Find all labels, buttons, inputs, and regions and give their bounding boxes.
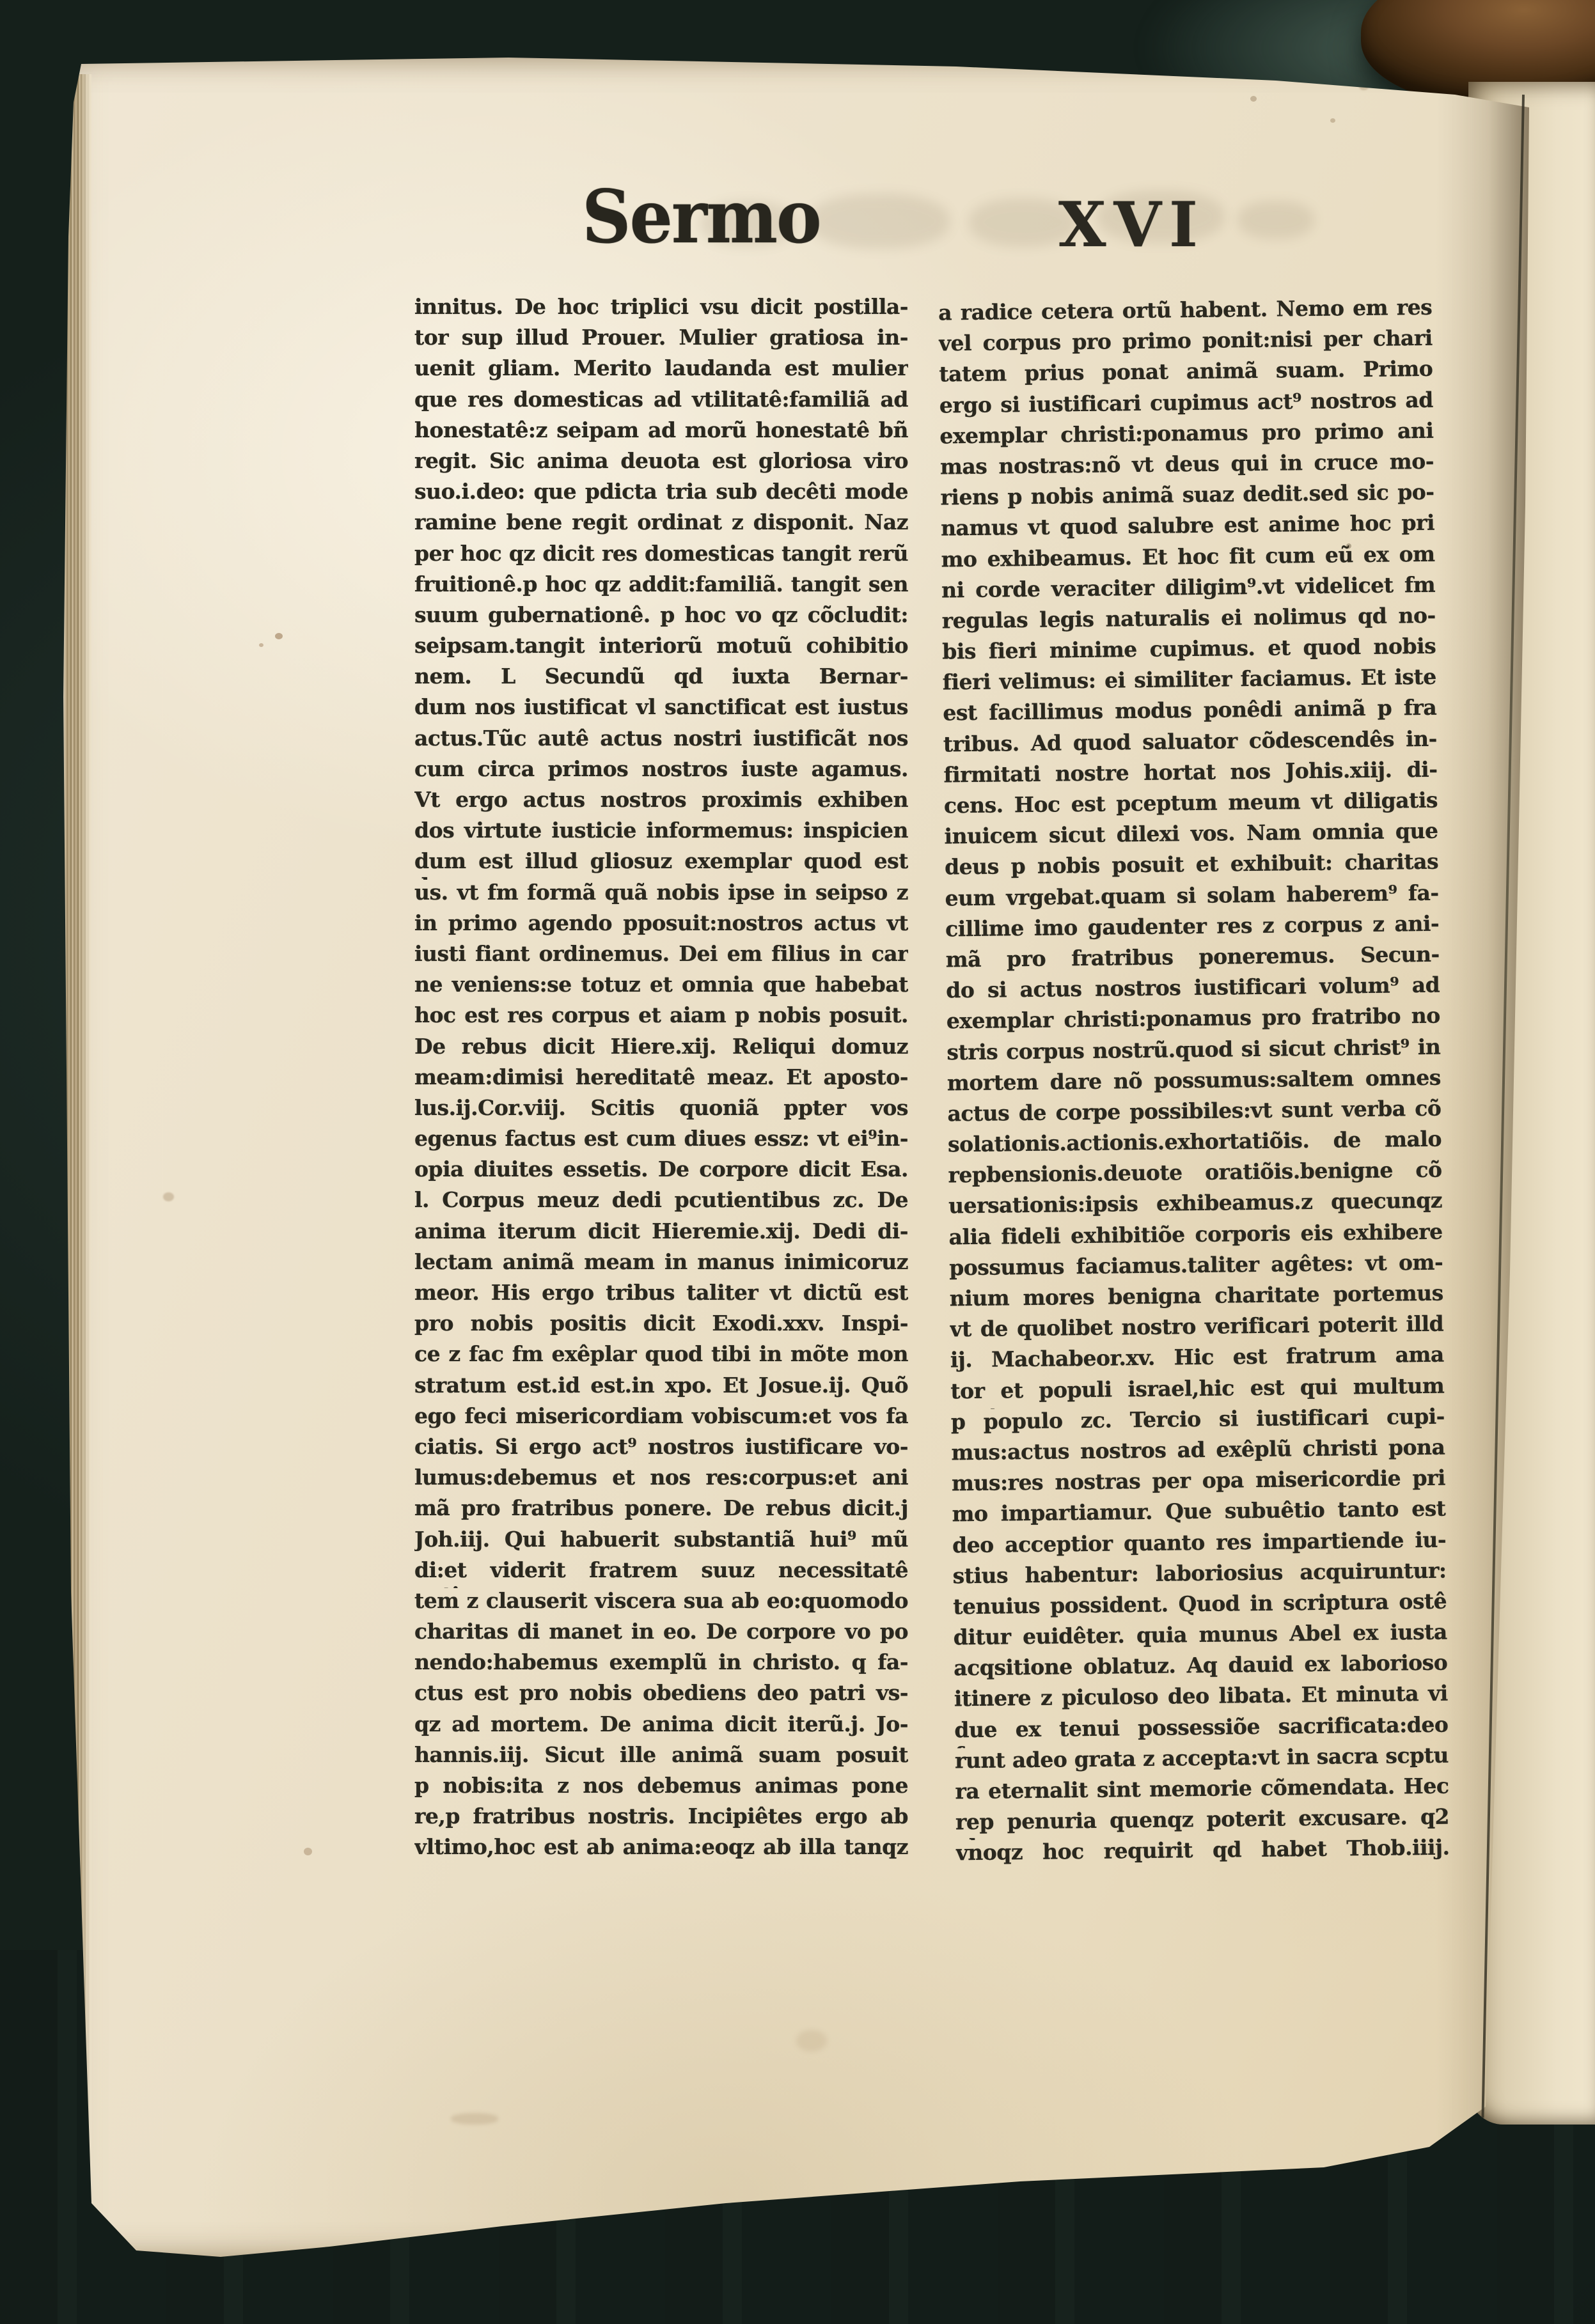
text-line: cens. Hoc est pceptum meum vt diligatis (944, 788, 1438, 824)
text-line: qz ad mortem. De anima dicit iterũ.j. Jo… (414, 1712, 908, 1742)
book-page: Sermo XVI innitus. De hoc triplici vsu d… (61, 58, 1532, 2260)
text-line: que res domesticas ad vtilitatê:familiã … (414, 387, 908, 417)
stain-spot (304, 1848, 312, 1855)
text-line: tenuius possident. Quod in scriptura ost… (953, 1588, 1447, 1625)
text-line: fieri velimus: ei similiter faciamus. Et… (943, 664, 1436, 701)
text-line: ramine bene regit ordinat z disponit. Na… (414, 510, 908, 540)
text-line: uenit gliam. Merito laudanda est mulier (414, 355, 908, 386)
text-line: vt de quolibet nostro verificari poterit… (950, 1311, 1443, 1348)
text-line: meor. His ergo tribus taliter vt dictũ e… (414, 1280, 908, 1311)
running-title: Sermo (582, 180, 821, 253)
text-line: regit. Sic anima deuota est gloriosa vir… (414, 448, 908, 479)
text-line: rep penuria quenqz poterit excusare. q2 … (955, 1804, 1449, 1841)
text-line: suo.i.deo: que pdicta tria sub decêti mo… (414, 479, 908, 510)
text-line: do si actus nostros iustificari volum⁹ a… (946, 972, 1440, 1009)
stain-spot (1250, 96, 1257, 102)
text-line: uersationis:ipsis exhibeamus.z quecunqz (948, 1188, 1442, 1224)
page-number-roman: XVI (1058, 194, 1206, 256)
text-line: bis fieri minime cupimus. et quod nobis (942, 634, 1436, 670)
text-line: namus vt quod salubre est anime hoc pri (941, 510, 1434, 547)
text-line: per hoc qz dicit res domesticas tangit r… (414, 541, 908, 572)
text-line: eum vrgebat.quam si solam haberem⁹ fa- (945, 880, 1438, 916)
text-line: regulas legis naturalis ei nolimus qd no… (941, 603, 1435, 639)
text-line: mortem dare nõ possumus:saltem omnes (947, 1065, 1441, 1101)
text-line: a radice cetera ortũ habent. Nemo em res (938, 295, 1432, 331)
text-line: cillime imo gaudenter res z corpus z ani… (945, 910, 1439, 947)
text-line: iusti fiant ordinemus. Dei em filius in … (414, 941, 908, 972)
text-line: di:et viderit fratrem suuz necessitatê p… (414, 1557, 908, 1588)
text-line: ij. Machabeor.xv. Hic est fratrum ama (950, 1342, 1444, 1378)
text-line: ciatis. Si ergo act⁹ nostros iustificare… (414, 1434, 908, 1465)
text-line: vltimo,hoc est ab anima:eoqz ab illa tan… (414, 1834, 908, 1865)
text-line: hoc est res corpus et aiam p nobis posui… (414, 1002, 908, 1033)
text-line: ni corde veraciter diligim⁹.vt videlicet… (941, 572, 1435, 608)
ink-dot (953, 1301, 957, 1305)
text-line: stius habentur: laboriosius acquiruntur: (952, 1557, 1446, 1594)
text-line: ce z fac fm exêplar quod tibi in mõte mo… (414, 1341, 908, 1372)
text-line: p nobis:ita z nos debemus animas pone (414, 1773, 908, 1804)
text-line: mas nostras:nõ vt deus qui in cruce mo- (940, 449, 1434, 485)
text-line: deo acceptior quanto res impartiende iu- (952, 1527, 1446, 1563)
text-line: re,p fratribus nostris. Incipiêtes ergo … (414, 1804, 908, 1834)
text-line: dum nos iustificat vl sanctificat est iu… (414, 694, 908, 725)
text-line: tor et populi israel,hic est qui multum … (950, 1373, 1444, 1409)
text-line: exemplar christi:ponamus pro fratribo no (947, 1003, 1440, 1040)
text-line: De rebus dicit Hiere.xij. Reliqui domuz (414, 1034, 908, 1065)
text-line: ne veniens:se totuz et omnia que habebat (414, 972, 908, 1002)
text-line: Vt ergo actus nostros proximis exhiben (414, 787, 908, 818)
text-line: dum est illud gliosuz exemplar quod est … (414, 848, 908, 879)
text-line: cum circa primos nostros iuste agamus. (414, 756, 908, 787)
text-line: charitas di manet in eo. De corpore vo p… (414, 1619, 908, 1649)
text-line: seipsam.tangit interiorũ motuũ cohibitio (414, 633, 908, 664)
text-line: mã pro fratribus poneremus. Secun- (945, 942, 1439, 978)
text-line: mus:actus nostros ad exêplũ christi pona (951, 1435, 1445, 1471)
text-line: mã pro fratribus ponere. De rebus dicit.… (414, 1495, 908, 1526)
text-line: mus:res nostras per opa misericordie pri (952, 1465, 1445, 1502)
text-line: exemplar christi:ponamus pro primo ani (939, 417, 1433, 454)
text-line: in primo agendo pposuit:nostros actus vt (414, 910, 908, 941)
stain-spot (259, 643, 263, 647)
text-line: ego feci misericordiam vobiscum:et vos f… (414, 1403, 908, 1434)
text-line: hannis.iij. Sicut ille animã suam posuit (414, 1742, 908, 1773)
text-column-right: a radice cetera ortũ habent. Nemo em res… (938, 295, 1450, 1871)
text-line: vnoqz hoc requirit qd habet Thob.iiij. (955, 1835, 1449, 1871)
text-line: fruitionê.p hoc qz addit:familiã. tangit… (414, 572, 908, 602)
stain-spot (451, 2113, 498, 2125)
ink-showthrough (809, 194, 950, 249)
text-line: due ex tenui possessiõe sacrificata:deo … (954, 1712, 1448, 1748)
text-line: ergo si iustificari cupimus act⁹ nostros… (939, 387, 1433, 423)
text-line: tor sup illud Prouer. Mulier gratiosa in… (414, 325, 908, 355)
text-line: innitus. De hoc triplici vsu dicit posti… (414, 294, 908, 325)
text-line: acqsitione oblatuz. Aq dauid ex laborios… (954, 1650, 1447, 1687)
text-line: pro nobis positis dicit Exodi.xxv. Inspi… (414, 1311, 908, 1341)
text-line: solationis.actionis.exhortatiõis. de mal… (948, 1127, 1442, 1163)
text-line: honestatê:z seipam ad morũ honestatê bñ (414, 417, 908, 448)
text-line: opia diuites essetis. De corpore dicit E… (414, 1157, 908, 1187)
text-line: suum gubernationê. p hoc vo qz cõcludit: (414, 602, 908, 633)
ink-showthrough (1237, 201, 1314, 239)
text-line: anima iterum dicit Hieremie.xij. Dedi di… (414, 1219, 908, 1249)
text-line: lectam animã meam in manus inimicoruz (414, 1249, 908, 1280)
stain-spot (1330, 118, 1335, 123)
stain-spot (163, 1192, 174, 1201)
text-line: nendo:habemus exemplũ in christo. q fa- (414, 1649, 908, 1680)
text-line: stratum est.id est.in xpo. Et Josue.ij. … (414, 1373, 908, 1403)
stain-spot (796, 2030, 827, 2052)
text-line: egenus factus est cum diues essz: vt ei⁹… (414, 1126, 908, 1157)
text-line: est facillimus modus ponêdi animã p fra (943, 695, 1436, 731)
text-line: dos virtute iusticie informemus: inspici… (414, 818, 908, 848)
text-line: firmitati nostre hortat nos Johis.xiij. … (943, 757, 1437, 793)
text-line: itinere z piculoso deo libata. Et minuta… (954, 1681, 1448, 1717)
text-line: repbensionis.deuote oratiõis.benigne cõ (948, 1157, 1442, 1194)
text-line: nium mores benigna charitate portemus (950, 1281, 1443, 1317)
text-line: nem. L Secundũ qd iuxta Bernar- (414, 664, 908, 694)
text-line: ditur euidêter. quia munus Abel ex iusta (954, 1619, 1447, 1656)
text-line: inuicem sicut dilexi vos. Nam omnia que (944, 818, 1438, 855)
text-line: lumus:debemus et nos res:corpus:et ani (414, 1465, 908, 1495)
stain-spot (1346, 543, 1351, 549)
text-line: tribus. Ad quod saluator cõdescendês in- (943, 726, 1437, 762)
text-line: actus.Tũc autê actus nostri iustificãt n… (414, 726, 908, 756)
text-line: tatem prius ponat animã suam. Primo (939, 356, 1433, 393)
text-line: tem z clauserit viscera sua ab eo:quomod… (414, 1588, 908, 1619)
text-line: alia fideli exhibitiõe corporis eis exhi… (948, 1219, 1442, 1255)
text-line: l. Corpus meuz dedi pcutientibus zc. De (414, 1187, 908, 1218)
stain-spot (275, 633, 283, 639)
text-line: possumus faciamus.taliter agêtes: vt om- (949, 1249, 1443, 1286)
page-stack-fore-edge (65, 74, 91, 2242)
text-line: lus.ij.Cor.viij. Scitis quoniã ppter vos (414, 1095, 908, 1126)
text-line: ra eternalit sint memorie cõmendata. Hec (955, 1774, 1449, 1810)
text-line: stris corpus nostrũ.quod si sicut christ… (947, 1034, 1440, 1070)
text-line: mo impartiamur. Que subuêtio tanto est (952, 1496, 1445, 1532)
text-line: Joh.iij. Qui habuerit substantiã hui⁹ mũ (414, 1527, 908, 1557)
text-line: ctus est pro nobis obediens deo patri vs… (414, 1680, 908, 1711)
text-line: runt adeo grata z accepta:vt in sacra sc… (955, 1742, 1449, 1779)
text-line: p populo zc. Tercio si iustificari cupi- (951, 1403, 1445, 1440)
text-line: meam:dimisi hereditatê meaz. Et aposto- (414, 1065, 908, 1095)
text-line: mo exhibeamus. Et hoc fit cum eũ ex om (941, 541, 1434, 577)
scanned-book-photo: Sermo XVI innitus. De hoc triplici vsu d… (0, 0, 1595, 2324)
text-line: deus p nobis posuit et exhibuit: charita… (945, 849, 1438, 885)
text-line: vel corpus pro primo ponit:nisi per char… (939, 325, 1433, 362)
text-line: us. vt fm formã quã nobis ipse in seipso… (414, 880, 908, 910)
text-line: riens p nobis animã suaz dedit.sed sic p… (940, 480, 1434, 516)
text-line: actus de corpe possibiles:vt sunt verba … (947, 1096, 1441, 1132)
text-column-left: innitus. De hoc triplici vsu dicit posti… (414, 294, 908, 1866)
